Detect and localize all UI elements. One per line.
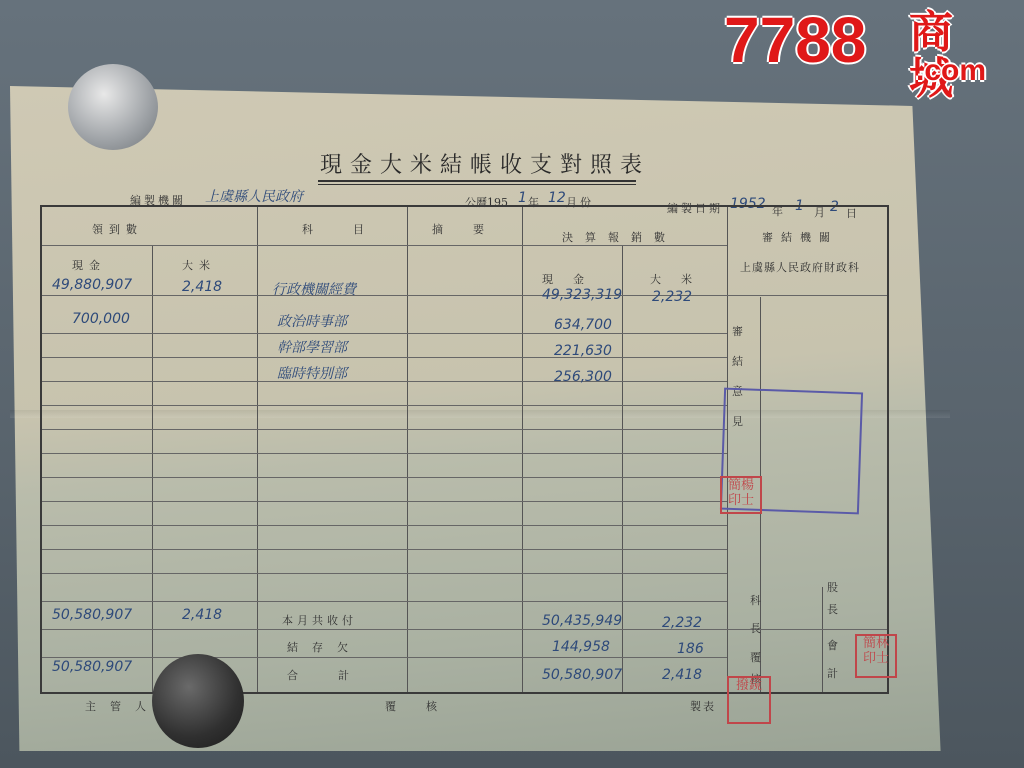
watermark-number: 7788 [724, 4, 866, 76]
col-divider [407, 207, 408, 692]
row-1-settle-cash: 49,323,319 [542, 287, 622, 303]
footer-reviewer: 覆核 [385, 698, 467, 714]
period-month: 12 [548, 190, 566, 206]
header-rice: 大米 [182, 257, 216, 273]
dark-coin [152, 654, 244, 748]
row-divider [42, 573, 727, 574]
row-4-subject: 臨時特別部 [277, 363, 347, 383]
row-divider [42, 245, 727, 246]
row-2-cash: 700,000 [72, 311, 130, 327]
row-divider [42, 501, 727, 502]
row-1-settle-rice: 2,232 [652, 289, 692, 305]
red-seal-2: 簡林印士 [855, 634, 897, 678]
row-divider [42, 295, 887, 296]
row-divider [42, 453, 727, 454]
row-2-subject: 政治時事部 [277, 311, 347, 331]
row-divider [42, 357, 727, 358]
row-3-settle-cash: 221,630 [554, 343, 612, 359]
header-received: 領到數 [92, 221, 143, 237]
row-2-settle-cash: 634,700 [554, 317, 612, 333]
col-divider [822, 587, 823, 692]
header-audit-org: 審結機關 [762, 229, 838, 245]
header-settlement: 決算報銷數 [562, 229, 677, 245]
row-divider [42, 429, 727, 430]
col-divider [522, 207, 523, 692]
row-3-subject: 幹部學習部 [277, 337, 347, 357]
totals-sum-settle-cash: 50,580,907 [542, 667, 622, 683]
totals-label-sum: 合計 [287, 667, 389, 683]
col-divider [152, 245, 153, 692]
row-divider [42, 525, 727, 526]
section-chief-label: 科長 [750, 587, 764, 643]
totals-monthly-cash: 50,580,907 [52, 607, 132, 623]
audit-org-value: 上虞縣人民政府財政科 [740, 259, 860, 275]
row-1-cash: 49,880,907 [52, 277, 132, 293]
header-settle-rice: 大米 [650, 271, 712, 287]
red-seal-3: 撥鏡 [727, 676, 771, 724]
totals-balance-settle-rice: 186 [677, 641, 704, 657]
row-4-settle-cash: 256,300 [554, 369, 612, 385]
watermark-domain: .com [916, 56, 986, 86]
col-divider [257, 207, 258, 692]
row-divider [42, 549, 727, 550]
totals-sum-settle-rice: 2,418 [662, 667, 702, 683]
header-summary: 摘要 [432, 221, 514, 237]
totals-balance-settle-cash: 144,958 [552, 639, 610, 655]
totals-label-balance: 結存欠 [287, 639, 362, 655]
row-divider [42, 405, 727, 406]
header-settle-cash: 現金 [542, 271, 604, 287]
totals-monthly-settle-cash: 50,435,949 [542, 613, 622, 629]
row-divider [42, 477, 727, 478]
title-underline [318, 180, 636, 185]
director-label: 股長 [827, 577, 841, 621]
document-title: 現金大米結帳收支對照表 [320, 148, 650, 179]
row-1-rice: 2,418 [182, 279, 222, 295]
site-watermark: 7788 商城 .com [724, 8, 866, 72]
row-1-subject: 行政機關經費 [272, 279, 356, 299]
row-divider [42, 381, 727, 382]
totals-monthly-settle-rice: 2,232 [662, 615, 702, 631]
red-seal-1: 簡楊印士 [720, 476, 762, 514]
footer-preparer: 製表 [690, 698, 716, 714]
totals-label-monthly: 本月共收付 [282, 612, 357, 628]
row-divider [42, 333, 727, 334]
footer-supervisor: 主管人 [85, 698, 160, 714]
accountant-label: 會計 [827, 632, 841, 688]
header-subject: 科目 [302, 221, 404, 237]
totals-sum-cash: 50,580,907 [52, 659, 132, 675]
totals-monthly-rice: 2,418 [182, 607, 222, 623]
period-year: 1 [518, 190, 527, 206]
compiling-unit-value: 上虞縣人民政府 [205, 186, 303, 206]
row-divider [42, 601, 727, 602]
silver-coin [68, 64, 158, 150]
header-cash: 現金 [72, 257, 106, 273]
row-divider [42, 657, 727, 658]
